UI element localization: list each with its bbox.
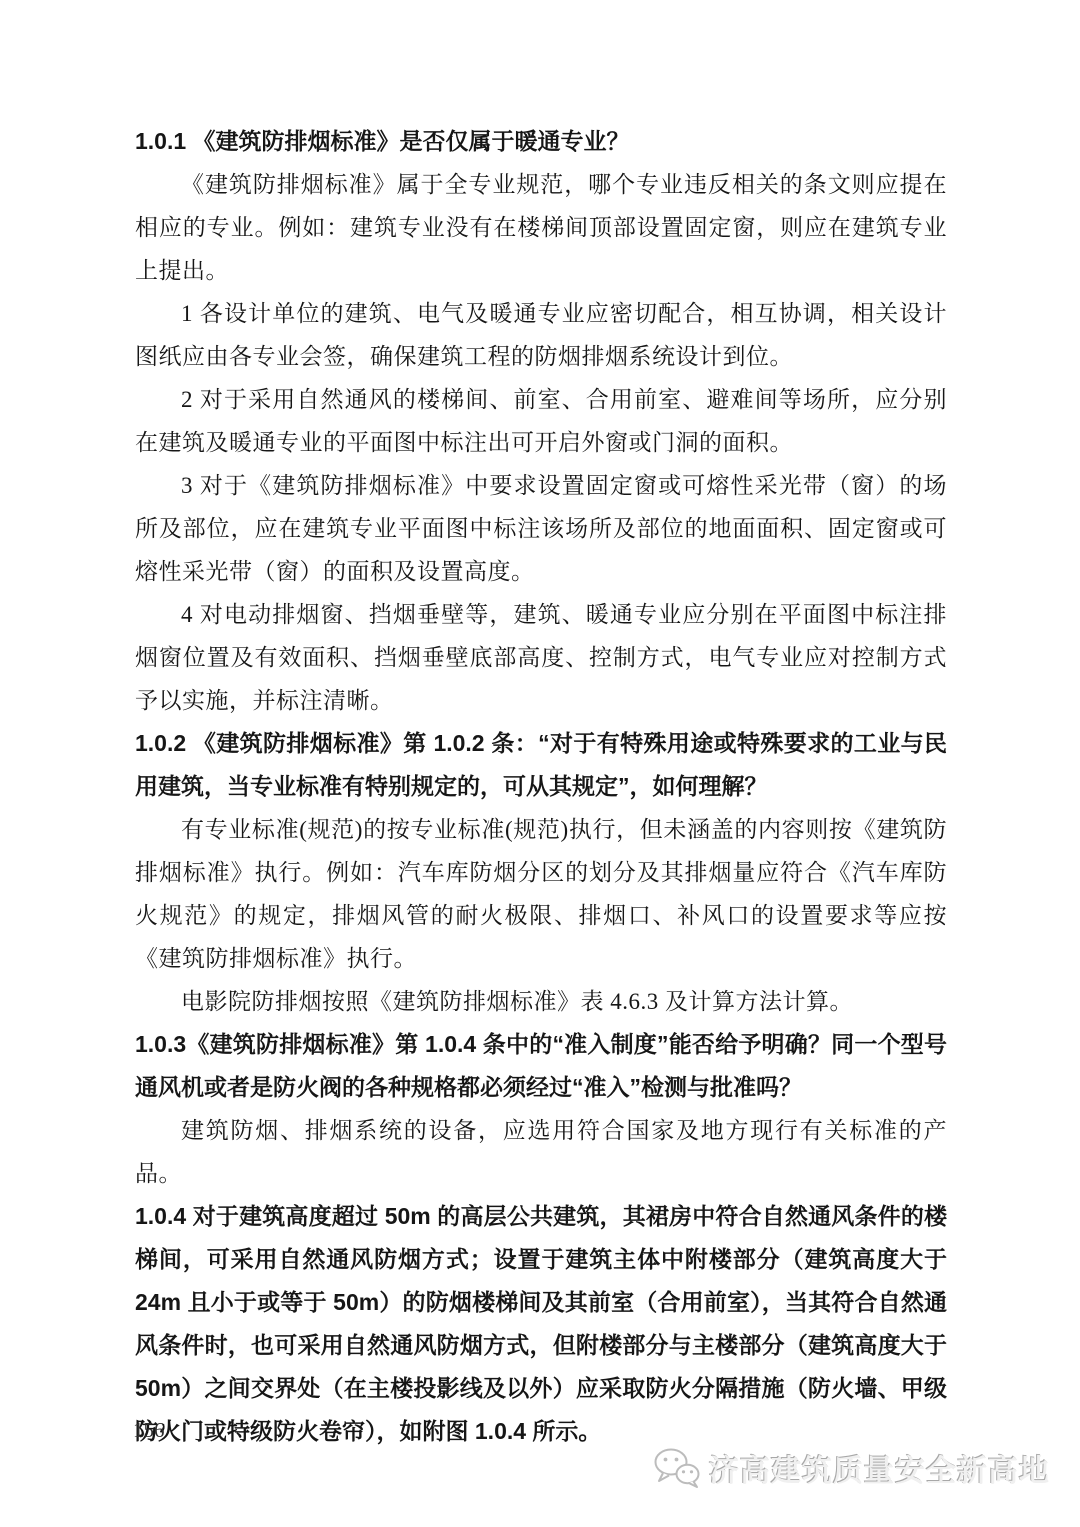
paragraph-item-2: 2 对于采用自然通风的楼梯间、前室、合用前室、避难间等场所，应分别在建筑及暖通专…: [135, 378, 947, 464]
paragraph-1-0-4: 1.0.4 对于建筑高度超过 50m 的高层公共建筑，其裙房中符合自然通风条件的…: [135, 1195, 947, 1453]
page-number: 156: [133, 1418, 165, 1443]
watermark: 济高建筑质量安全新高地: [653, 1446, 1050, 1490]
paragraph-item-4: 4 对电动排烟窗、挡烟垂壁等，建筑、暖通专业应分别在平面图中标注排烟窗位置及有效…: [135, 593, 947, 722]
paragraph-1-0-3-answer: 建筑防烟、排烟系统的设备，应选用符合国家及地方现行有关标准的产品。: [135, 1109, 947, 1195]
document-body: 1.0.1 《建筑防排烟标准》是否仅属于暖通专业？ 《建筑防排烟标准》属于全专业…: [135, 120, 947, 1453]
wechat-logo-icon: [653, 1447, 701, 1489]
heading-1-0-1: 1.0.1 《建筑防排烟标准》是否仅属于暖通专业？: [135, 120, 947, 163]
watermark-text: 济高建筑质量安全新高地: [709, 1446, 1050, 1490]
paragraph-item-3: 3 对于《建筑防排烟标准》中要求设置固定窗或可熔性采光带（窗）的场所及部位，应在…: [135, 464, 947, 593]
paragraph-1-0-1-answer: 《建筑防排烟标准》属于全专业规范，哪个专业违反相关的条文则应提在相应的专业。例如…: [135, 163, 947, 292]
heading-1-0-2: 1.0.2 《建筑防排烟标准》第 1.0.2 条：“对于有特殊用途或特殊要求的工…: [135, 722, 947, 808]
document-page: 1.0.1 《建筑防排烟标准》是否仅属于暖通专业？ 《建筑防排烟标准》属于全专业…: [0, 0, 1080, 1527]
paragraph-item-1: 1 各设计单位的建筑、电气及暖通专业应密切配合，相互协调，相关设计图纸应由各专业…: [135, 292, 947, 378]
paragraph-1-0-2-answer: 有专业标准(规范)的按专业标准(规范)执行，但未涵盖的内容则按《建筑防排烟标准》…: [135, 808, 947, 980]
paragraph-1-0-2-cinema-note: 电影院防排烟按照《建筑防排烟标准》表 4.6.3 及计算方法计算。: [135, 980, 947, 1023]
heading-1-0-3: 1.0.3《建筑防排烟标准》第 1.0.4 条中的“准入制度”能否给予明确？同一…: [135, 1023, 947, 1109]
